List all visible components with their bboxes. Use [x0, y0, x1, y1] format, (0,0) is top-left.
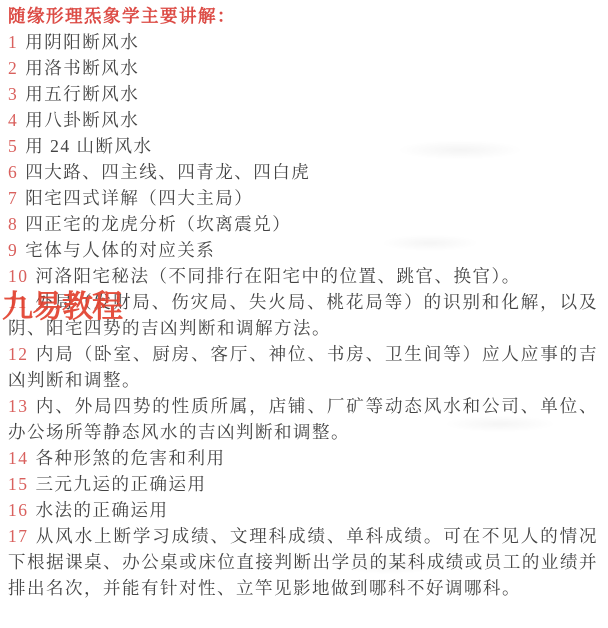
item-text: 外局（发财局、伤灾局、失火局、桃花局等）的识别和化解，以及阴、阳宅四势的吉凶判断… — [8, 292, 598, 338]
item-number: 17 — [8, 526, 29, 546]
list-item: 2用洛书断风水 — [8, 55, 598, 81]
item-text: 河洛阳宅秘法（不同排行在阳宅中的位置、跳官、换官）。 — [36, 266, 521, 286]
list-item: 16水法的正确运用 — [8, 497, 598, 523]
list-item: 15三元九运的正确运用 — [8, 471, 598, 497]
list-item: 3用五行断风水 — [8, 81, 598, 107]
list-item: 9宅体与人体的对应关系 — [8, 237, 598, 263]
item-number: 6 — [8, 162, 18, 182]
item-text: 各种形煞的危害和利用 — [36, 448, 226, 468]
item-text: 从风水上断学习成绩、文理科成绩、单科成绩。可在不见人的情况下根据课桌、办公桌或床… — [8, 526, 598, 598]
item-number: 2 — [8, 58, 18, 78]
item-text: 四大路、四主线、四青龙、四白虎 — [25, 162, 310, 182]
item-text: 三元九运的正确运用 — [36, 474, 207, 494]
item-text: 水法的正确运用 — [36, 500, 169, 520]
item-text: 用阴阳断风水 — [25, 32, 139, 52]
item-number: 10 — [8, 266, 29, 286]
item-text: 用五行断风水 — [25, 84, 139, 104]
item-number: 1 — [8, 32, 18, 52]
item-number: 4 — [8, 110, 18, 130]
item-number: 16 — [8, 500, 29, 520]
item-number: 7 — [8, 188, 18, 208]
list-item: 4用八卦断风水 — [8, 107, 598, 133]
list-item: 10河洛阳宅秘法（不同排行在阳宅中的位置、跳官、换官）。 — [8, 263, 598, 289]
list-item: 13内、外局四势的性质所属，店铺、厂矿等动态风水和公司、单位、办公场所等静态风水… — [8, 393, 598, 445]
item-number: 12 — [8, 344, 29, 364]
item-text: 宅体与人体的对应关系 — [25, 240, 215, 260]
list-item: 5用 24 山断风水 — [8, 133, 598, 159]
list-item: 11外局（发财局、伤灾局、失火局、桃花局等）的识别和化解，以及阴、阳宅四势的吉凶… — [8, 289, 598, 341]
item-number: 15 — [8, 474, 29, 494]
item-number: 14 — [8, 448, 29, 468]
item-number: 5 — [8, 136, 18, 156]
list-item: 17从风水上断学习成绩、文理科成绩、单科成绩。可在不见人的情况下根据课桌、办公桌… — [8, 523, 598, 601]
list-item: 12内局（卧室、厨房、客厅、神位、书房、卫生间等）应人应事的吉凶判断和调整。 — [8, 341, 598, 393]
document-page: 随缘形理炁象学主要讲解： 1用阴阳断风水 2用洛书断风水 3用五行断风水 4用八… — [0, 0, 608, 628]
list-item: 7阳宅四式详解（四大主局） — [8, 185, 598, 211]
item-text: 四正宅的龙虎分析（坎离震兑） — [25, 214, 291, 234]
list-item: 8四正宅的龙虎分析（坎离震兑） — [8, 211, 598, 237]
item-text: 内局（卧室、厨房、客厅、神位、书房、卫生间等）应人应事的吉凶判断和调整。 — [8, 344, 598, 390]
item-text: 用八卦断风水 — [25, 110, 139, 130]
item-text: 内、外局四势的性质所属，店铺、厂矿等动态风水和公司、单位、办公场所等静态风水的吉… — [8, 396, 598, 442]
page-title: 随缘形理炁象学主要讲解： — [8, 3, 598, 29]
item-number: 9 — [8, 240, 18, 260]
item-text: 用 24 山断风水 — [25, 136, 152, 156]
item-text: 阳宅四式详解（四大主局） — [25, 188, 253, 208]
item-number: 11 — [8, 292, 28, 312]
item-number: 13 — [8, 396, 29, 416]
item-text: 用洛书断风水 — [25, 58, 139, 78]
list-item: 6四大路、四主线、四青龙、四白虎 — [8, 159, 598, 185]
list-item: 14各种形煞的危害和利用 — [8, 445, 598, 471]
list-item: 1用阴阳断风水 — [8, 29, 598, 55]
item-number: 8 — [8, 214, 18, 234]
item-number: 3 — [8, 84, 18, 104]
